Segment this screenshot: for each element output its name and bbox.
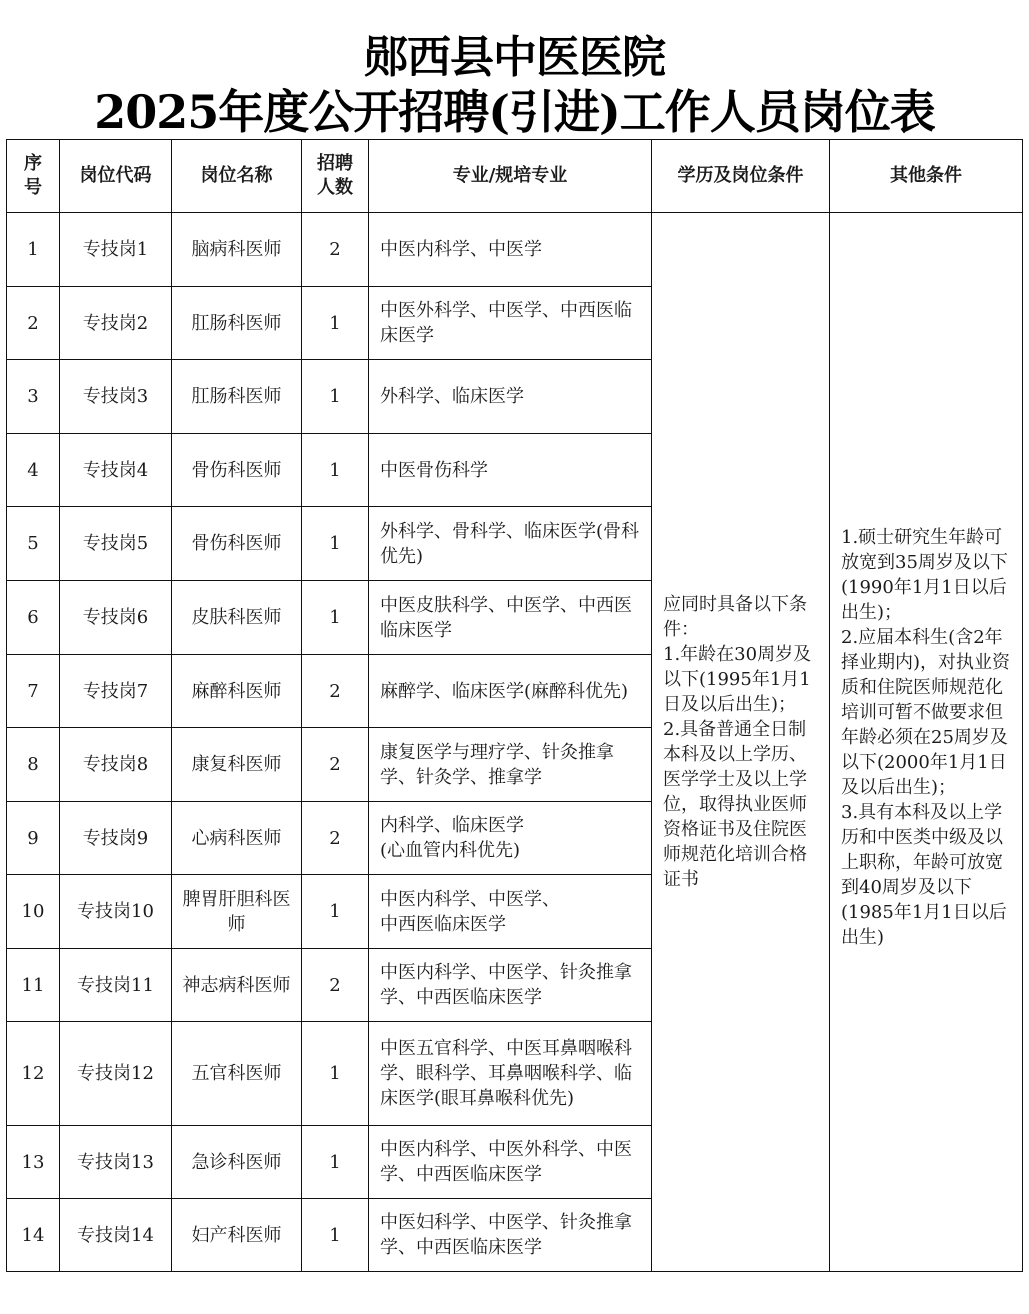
cell-code: 专技岗14	[60, 1199, 172, 1272]
cell-no: 11	[7, 949, 60, 1022]
cell-no: 4	[7, 434, 60, 507]
cell-major: 中医皮肤科学、中医学、中西医临床医学	[369, 581, 652, 655]
cell-count: 1	[302, 1126, 369, 1199]
cell-name: 骨伤科医师	[172, 434, 302, 507]
cell-major: 康复医学与理疗学、针灸推拿学、针灸学、推拿学	[369, 728, 652, 802]
cell-count: 1	[302, 581, 369, 655]
cell-count: 2	[302, 802, 369, 875]
cell-name: 脾胃肝胆科医师	[172, 875, 302, 949]
cell-count: 2	[302, 655, 369, 728]
cell-code: 专技岗3	[60, 360, 172, 434]
cell-major: 中医内科学、中医学、 中西医临床医学	[369, 875, 652, 949]
cell-count: 1	[302, 875, 369, 949]
cell-code: 专技岗8	[60, 728, 172, 802]
cell-no: 2	[7, 287, 60, 360]
cell-name: 骨伤科医师	[172, 507, 302, 581]
header-education: 学历及岗位条件	[652, 140, 830, 213]
cell-no: 14	[7, 1199, 60, 1272]
cell-no: 12	[7, 1022, 60, 1126]
page-subtitle: 2025年度公开招聘(引进)工作人员岗位表	[0, 84, 1029, 140]
cell-no: 6	[7, 581, 60, 655]
cell-major: 中医骨伤科学	[369, 434, 652, 507]
cell-count: 1	[302, 360, 369, 434]
cell-name: 康复科医师	[172, 728, 302, 802]
cell-code: 专技岗6	[60, 581, 172, 655]
cell-code: 专技岗10	[60, 875, 172, 949]
cell-major: 麻醉学、临床医学(麻醉科优先)	[369, 655, 652, 728]
cell-name: 肛肠科医师	[172, 360, 302, 434]
cell-code: 专技岗1	[60, 213, 172, 287]
cell-major: 中医内科学、中医学、针灸推拿学、中西医临床医学	[369, 949, 652, 1022]
cell-code: 专技岗11	[60, 949, 172, 1022]
cell-code: 专技岗12	[60, 1022, 172, 1126]
cell-code: 专技岗7	[60, 655, 172, 728]
cell-major: 中医妇科学、中医学、针灸推拿学、中西医临床医学	[369, 1199, 652, 1272]
cell-count: 1	[302, 287, 369, 360]
cell-code: 专技岗2	[60, 287, 172, 360]
cell-code: 专技岗4	[60, 434, 172, 507]
cell-count: 1	[302, 1199, 369, 1272]
cell-count: 2	[302, 949, 369, 1022]
table-header-row: 序 号 岗位代码 岗位名称 招聘 人数 专业/规培专业 学历及岗位条件 其他条件	[7, 140, 1023, 213]
cell-no: 1	[7, 213, 60, 287]
cell-name: 五官科医师	[172, 1022, 302, 1126]
cell-major: 外科学、临床医学	[369, 360, 652, 434]
header-other: 其他条件	[830, 140, 1023, 213]
cell-code: 专技岗5	[60, 507, 172, 581]
cell-count: 1	[302, 507, 369, 581]
cell-code: 专技岗9	[60, 802, 172, 875]
cell-count: 1	[302, 434, 369, 507]
header-name: 岗位名称	[172, 140, 302, 213]
cell-name: 麻醉科医师	[172, 655, 302, 728]
cell-name: 神志病科医师	[172, 949, 302, 1022]
cell-no: 8	[7, 728, 60, 802]
cell-count: 1	[302, 1022, 369, 1126]
cell-name: 皮肤科医师	[172, 581, 302, 655]
table-row: 1专技岗1脑病科医师2中医内科学、中医学应同时具备以下条件： 1.年龄在30周岁…	[7, 213, 1023, 287]
cell-name: 脑病科医师	[172, 213, 302, 287]
cell-no: 10	[7, 875, 60, 949]
header-code: 岗位代码	[60, 140, 172, 213]
positions-table: 序 号 岗位代码 岗位名称 招聘 人数 专业/规培专业 学历及岗位条件 其他条件…	[6, 139, 1023, 1272]
page-title: 郧西县中医医院	[0, 30, 1029, 86]
cell-no: 9	[7, 802, 60, 875]
cell-major: 内科学、临床医学 (心血管内科优先)	[369, 802, 652, 875]
cell-count: 2	[302, 213, 369, 287]
cell-name: 急诊科医师	[172, 1126, 302, 1199]
cell-major: 中医外科学、中医学、中西医临床医学	[369, 287, 652, 360]
cell-name: 肛肠科医师	[172, 287, 302, 360]
cell-no: 5	[7, 507, 60, 581]
header-no: 序 号	[7, 140, 60, 213]
cell-count: 2	[302, 728, 369, 802]
cell-no: 7	[7, 655, 60, 728]
cell-name: 心病科医师	[172, 802, 302, 875]
cell-major: 中医五官科学、中医耳鼻咽喉科学、眼科学、耳鼻咽喉科学、临床医学(眼耳鼻喉科优先)	[369, 1022, 652, 1126]
other-conditions: 1.硕士研究生年龄可放宽到35周岁及以下(1990年1月1日以后出生)； 2.应…	[830, 213, 1023, 1272]
cell-name: 妇产科医师	[172, 1199, 302, 1272]
cell-major: 中医内科学、中医外科学、中医学、中西医临床医学	[369, 1126, 652, 1199]
cell-code: 专技岗13	[60, 1126, 172, 1199]
cell-no: 13	[7, 1126, 60, 1199]
header-major: 专业/规培专业	[369, 140, 652, 213]
header-count: 招聘 人数	[302, 140, 369, 213]
cell-no: 3	[7, 360, 60, 434]
cell-major: 中医内科学、中医学	[369, 213, 652, 287]
cell-major: 外科学、骨科学、临床医学(骨科优先)	[369, 507, 652, 581]
education-conditions: 应同时具备以下条件： 1.年龄在30周岁及以下(1995年1月1日及以后出生)；…	[652, 213, 830, 1272]
